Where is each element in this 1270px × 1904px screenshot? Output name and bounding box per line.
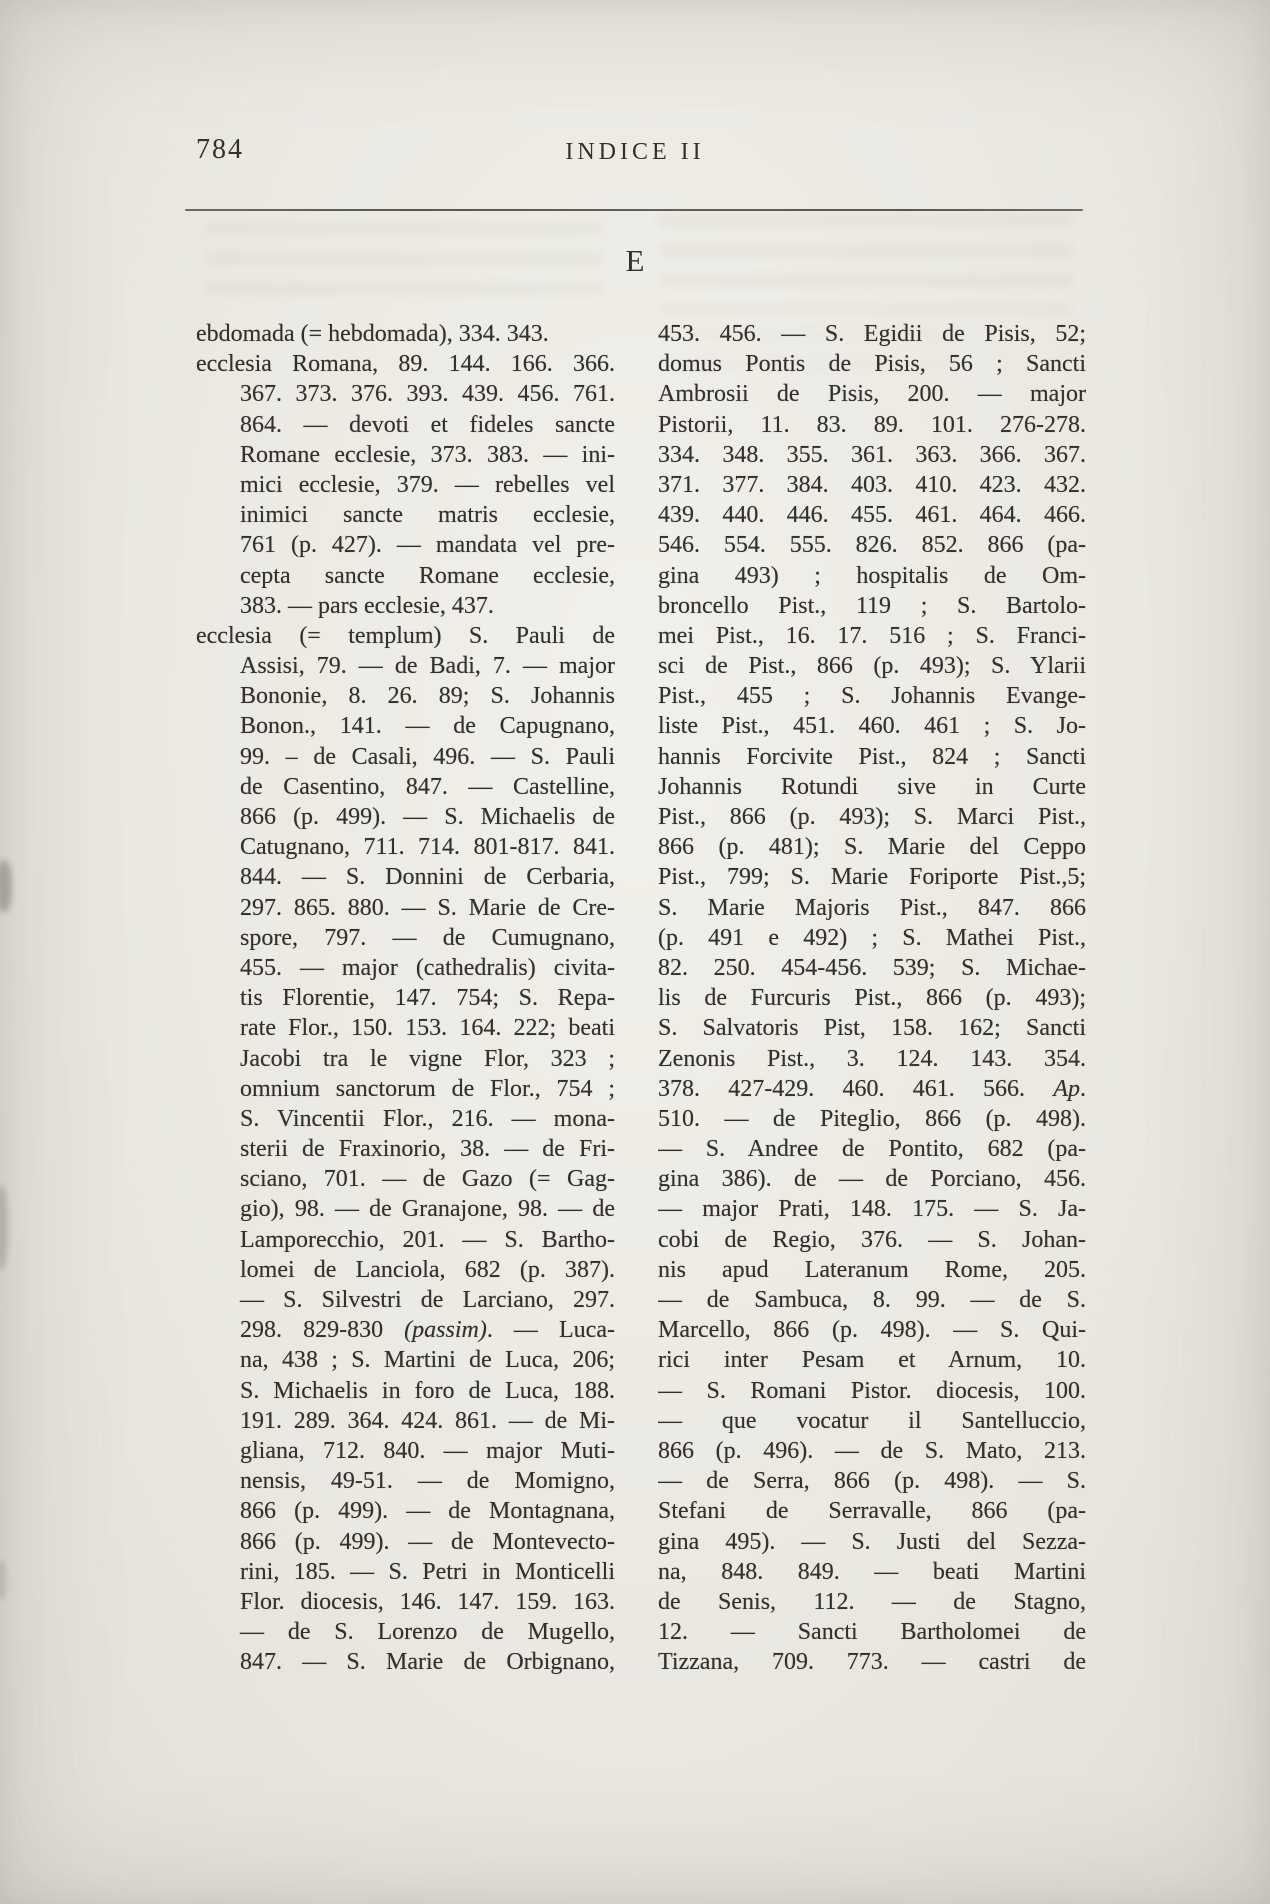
index-line: Bonon., 141. — de Capugnano, xyxy=(196,711,615,741)
index-line: 866 (p. 496). — de S. Mato, 213. xyxy=(658,1436,1086,1466)
index-line: Marcello, 866 (p. 498). — S. Qui- xyxy=(658,1315,1086,1345)
index-line: — S. Silvestri de Larciano, 297. xyxy=(196,1285,615,1315)
scan-smudge xyxy=(0,1185,8,1270)
index-line: Flor. diocesis, 146. 147. 159. 163. xyxy=(196,1587,615,1617)
index-line: rini, 185. — S. Petri in Monticelli xyxy=(196,1557,615,1587)
index-line: sciano, 701. — de Gazo (= Gag- xyxy=(196,1164,615,1194)
index-line: tis Florentie, 147. 754; S. Repa- xyxy=(196,983,615,1013)
index-line: S. Marie Majoris Pist., 847. 866 xyxy=(658,893,1086,923)
index-line: 455. — major (cathedralis) civita- xyxy=(196,953,615,983)
index-line: 866 (p. 499). — S. Michaelis de xyxy=(196,802,615,832)
index-line: cepta sancte Romane ecclesie, xyxy=(196,561,615,591)
index-line: Pist., 799; S. Marie Foriporte Pist.,5; xyxy=(658,862,1086,892)
index-line: ebdomada (= hebdomada), 334. 343. xyxy=(196,319,615,349)
index-line: gina 493) ; hospitalis de Om- xyxy=(658,561,1086,591)
index-line: — que vocatur il Santelluccio, xyxy=(658,1406,1086,1436)
index-line: — S. Romani Pistor. diocesis, 100. xyxy=(658,1376,1086,1406)
index-line: 82. 250. 454-456. 539; S. Michae- xyxy=(658,953,1086,983)
index-line: lomei de Lanciola, 682 (p. 387). xyxy=(196,1255,615,1285)
index-line: na, 848. 849. — beati Martini xyxy=(658,1557,1086,1587)
header-rule xyxy=(185,209,1083,211)
index-line: omnium sanctorum de Flor., 754 ; xyxy=(196,1074,615,1104)
index-line: 847. — S. Marie de Orbignano, xyxy=(196,1647,615,1677)
index-line: — de Serra, 866 (p. 498). — S. xyxy=(658,1466,1086,1496)
index-line: gina 386). de — de Porciano, 456. xyxy=(658,1164,1086,1194)
index-line: gina 495). — S. Justi del Sezza- xyxy=(658,1527,1086,1557)
index-line: 546. 554. 555. 826. 852. 866 (pa- xyxy=(658,530,1086,560)
index-line: inimici sancte matris ecclesie, xyxy=(196,500,615,530)
index-line: 297. 865. 880. — S. Marie de Cre- xyxy=(196,893,615,923)
index-line: Assisi, 79. — de Badi, 7. — major xyxy=(196,651,615,681)
index-line: Bononie, 8. 26. 89; S. Johannis xyxy=(196,681,615,711)
index-line: — de S. Lorenzo de Mugello, xyxy=(196,1617,615,1647)
index-line: rate Flor., 150. 153. 164. 222; beati xyxy=(196,1013,615,1043)
index-line: 12. — Sancti Bartholomei de xyxy=(658,1617,1086,1647)
index-line: 439. 440. 446. 455. 461. 464. 466. xyxy=(658,500,1086,530)
index-line: 866 (p. 499). — de Montevecto- xyxy=(196,1527,615,1557)
index-line: Catugnano, 711. 714. 801-817. 841. xyxy=(196,832,615,862)
index-line: liste Pist., 451. 460. 461 ; S. Jo- xyxy=(658,711,1086,741)
index-line: 191. 289. 364. 424. 861. — de Mi- xyxy=(196,1406,615,1436)
index-line: de Casentino, 847. — Castelline, xyxy=(196,772,615,802)
index-line: S. Vincentii Flor., 216. — mona- xyxy=(196,1104,615,1134)
index-line: na, 438 ; S. Martini de Luca, 206; xyxy=(196,1345,615,1375)
index-line: Lamporecchio, 201. — S. Bartho- xyxy=(196,1225,615,1255)
index-line: 371. 377. 384. 403. 410. 423. 432. xyxy=(658,470,1086,500)
index-line: 866 (p. 481); S. Marie del Ceppo xyxy=(658,832,1086,862)
index-line: ecclesia (= templum) S. Pauli de xyxy=(196,621,615,651)
index-line: sci de Pist., 866 (p. 493); S. Ylarii xyxy=(658,651,1086,681)
index-line: nensis, 49-51. — de Momigno, xyxy=(196,1466,615,1496)
scan-smudge xyxy=(0,1560,6,1600)
index-line: rici inter Pesam et Arnum, 10. xyxy=(658,1345,1086,1375)
index-line: spore, 797. — de Cumugnano, xyxy=(196,923,615,953)
index-line: S. Michaelis in foro de Luca, 188. xyxy=(196,1376,615,1406)
index-line: 378. 427-429. 460. 461. 566. Ap. xyxy=(658,1074,1086,1104)
index-line: 367. 373. 376. 393. 439. 456. 761. xyxy=(196,379,615,409)
index-line: 866 (p. 499). — de Montagnana, xyxy=(196,1496,615,1526)
index-line: — S. Andree de Pontito, 682 (pa- xyxy=(658,1134,1086,1164)
scan-smudge xyxy=(0,860,12,912)
index-line: — de Sambuca, 8. 99. — de S. xyxy=(658,1285,1086,1315)
index-line: 334. 348. 355. 361. 363. 366. 367. xyxy=(658,440,1086,470)
index-line: Romane ecclesie, 373. 383. — ini- xyxy=(196,440,615,470)
running-header-title: INDICE II xyxy=(185,139,1085,166)
index-line: — major Prati, 148. 175. — S. Ja- xyxy=(658,1194,1086,1224)
index-line: 844. — S. Donnini de Cerbaria, xyxy=(196,862,615,892)
index-line: Ambrosii de Pisis, 200. — major xyxy=(658,379,1086,409)
index-line: 99. – de Casali, 496. — S. Pauli xyxy=(196,742,615,772)
index-line: hannis Forcivite Pist., 824 ; Sancti xyxy=(658,742,1086,772)
index-line: S. Salvatoris Pist, 158. 162; Sancti xyxy=(658,1013,1086,1043)
index-line: (p. 491 e 492) ; S. Mathei Pist., xyxy=(658,923,1086,953)
scanned-book-page: 784 INDICE II E ebdomada (= hebdomada), … xyxy=(0,0,1270,1904)
index-line: Stefani de Serravalle, 866 (pa- xyxy=(658,1496,1086,1526)
index-line: gliana, 712. 840. — major Muti- xyxy=(196,1436,615,1466)
index-line: mei Pist., 16. 17. 516 ; S. Franci- xyxy=(658,621,1086,651)
index-line: nis apud Lateranum Rome, 205. xyxy=(658,1255,1086,1285)
index-line: Jacobi tra le vigne Flor, 323 ; xyxy=(196,1044,615,1074)
section-letter: E xyxy=(185,243,1085,279)
index-line: de Senis, 112. — de Stagno, xyxy=(658,1587,1086,1617)
index-line: gio), 98. — de Granajone, 98. — de xyxy=(196,1194,615,1224)
index-line: 298. 829-830 (passim). — Luca- xyxy=(196,1315,615,1345)
index-line: cobi de Regio, 376. — S. Johan- xyxy=(658,1225,1086,1255)
index-line: 383. — pars ecclesie, 437. xyxy=(196,591,615,621)
index-line: Johannis Rotundi sive in Curte xyxy=(658,772,1086,802)
index-line: domus Pontis de Pisis, 56 ; Sancti xyxy=(658,349,1086,379)
index-line: Pist., 866 (p. 493); S. Marci Pist., xyxy=(658,802,1086,832)
index-line: 864. — devoti et fideles sancte xyxy=(196,410,615,440)
index-line: lis de Furcuris Pist., 866 (p. 493); xyxy=(658,983,1086,1013)
index-line: ecclesia Romana, 89. 144. 166. 366. xyxy=(196,349,615,379)
index-line: 761 (p. 427). — mandata vel pre- xyxy=(196,530,615,560)
index-line: broncello Pist., 119 ; S. Bartolo- xyxy=(658,591,1086,621)
index-line: Pist., 455 ; S. Johannis Evange- xyxy=(658,681,1086,711)
index-line: mici ecclesie, 379. — rebelles vel xyxy=(196,470,615,500)
column-left: ebdomada (= hebdomada), 334. 343.ecclesi… xyxy=(196,319,615,1677)
index-line: sterii de Fraxinorio, 38. — de Fri- xyxy=(196,1134,615,1164)
index-line: Pistorii, 11. 83. 89. 101. 276-278. xyxy=(658,410,1086,440)
column-right: 453. 456. — S. Egidii de Pisis, 52;domus… xyxy=(658,319,1086,1677)
index-line: 510. — de Piteglio, 866 (p. 498). xyxy=(658,1104,1086,1134)
index-line: Zenonis Pist., 3. 124. 143. 354. xyxy=(658,1044,1086,1074)
index-line: Tizzana, 709. 773. — castri de xyxy=(658,1647,1086,1677)
index-line: 453. 456. — S. Egidii de Pisis, 52; xyxy=(658,319,1086,349)
